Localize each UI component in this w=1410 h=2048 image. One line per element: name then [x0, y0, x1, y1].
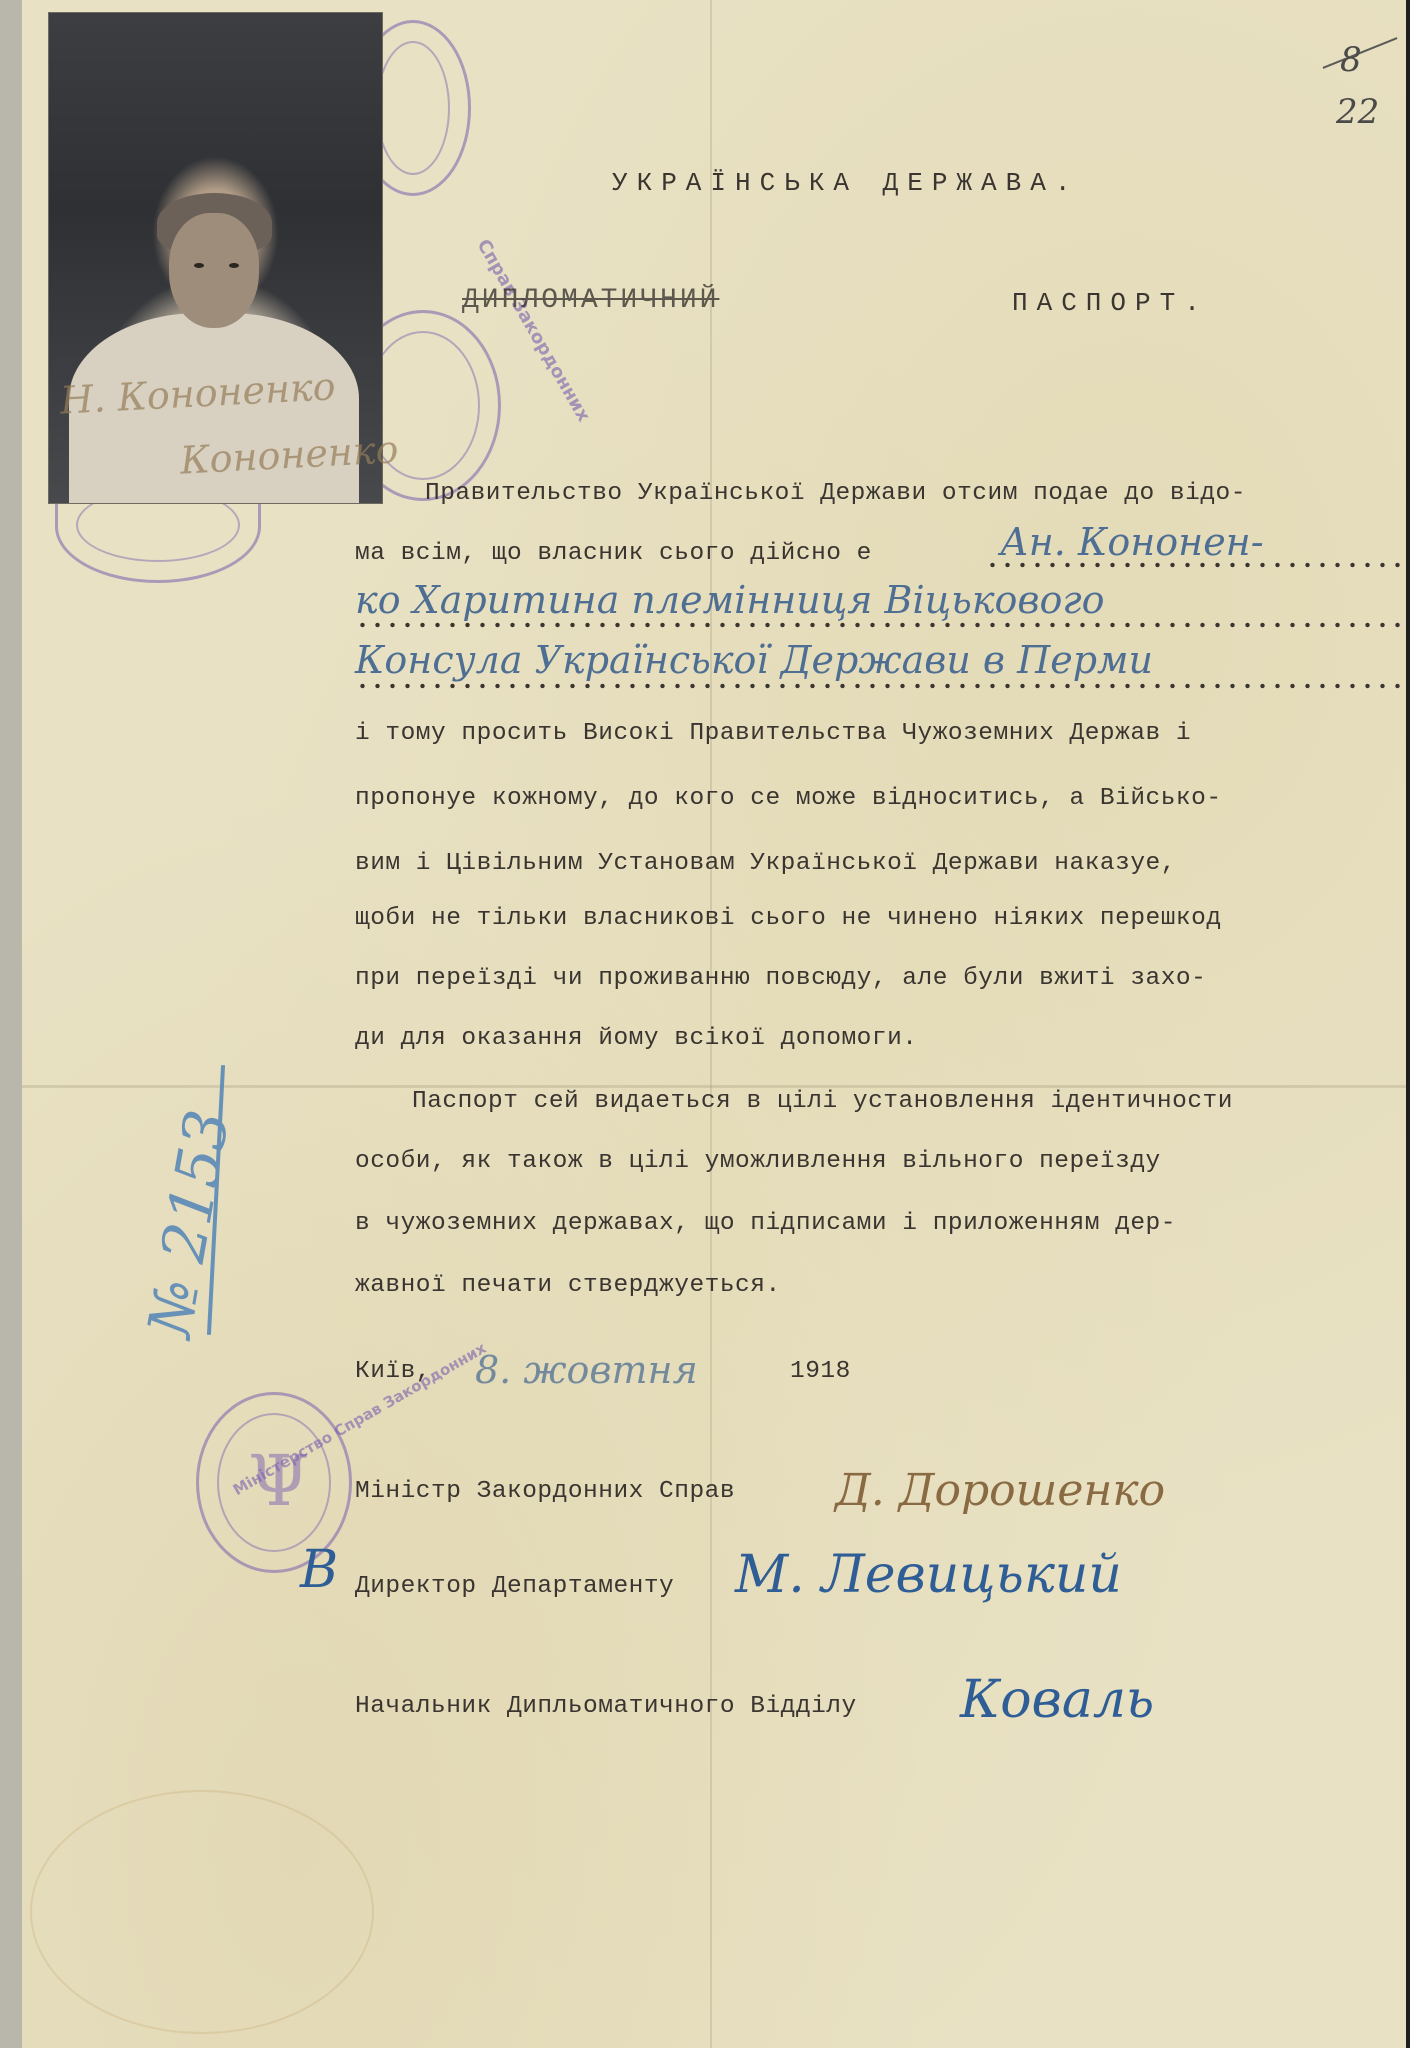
scanner-backing: [0, 0, 24, 2048]
holder-photo: [49, 13, 382, 503]
signature-director: М. Левицький: [735, 1545, 1122, 1605]
paragraph-2-line: в чужоземних державах, що підписами і пр…: [355, 1210, 1176, 1237]
page-number-bottom: 22: [1336, 92, 1379, 132]
body-line-1: Правительство Української Держави отсим …: [425, 480, 1246, 507]
issue-day-month: 8. жовтня: [475, 1348, 698, 1392]
crossed-out-word: ДИПЛОМАТИЧНИЙ: [462, 285, 719, 316]
paragraph-1-line: вим і Цівільним Установам Української Де…: [355, 850, 1176, 877]
holder-name-handwritten: Ан. Кононен-: [1000, 520, 1264, 564]
signatory-title-diplomatic-head: Начальник Дипльоматичного Відділу: [355, 1693, 857, 1720]
issue-year: 1918: [790, 1358, 851, 1385]
fill-in-dots: [355, 622, 1400, 628]
photo-face: [169, 213, 259, 328]
holder-name-handwritten-2: ко Харитина племінниця Віцькового: [355, 578, 1104, 622]
signature-minister: Д. Дорошенко: [835, 1465, 1165, 1516]
fill-in-dots: [355, 683, 1400, 689]
paragraph-1-line: при переїзді чи проживанню повсюду, але …: [355, 965, 1206, 992]
paragraph-1-line: щоби не тільки власникові сього не чинен…: [355, 905, 1222, 932]
passport-title: ПАСПОРТ.: [1012, 288, 1209, 318]
paragraph-2-line: особи, як також в цілі уможливлення віль…: [355, 1148, 1161, 1175]
paragraph-1-line: ди для оказання йому всікої допомоги.: [355, 1025, 918, 1052]
page-number-top: 8: [1340, 40, 1362, 80]
state-title: УКРАЇНСЬКА ДЕРЖАВА.: [612, 168, 1079, 198]
paragraph-1-line: і тому просить Високі Правительства Чужо…: [355, 720, 1191, 747]
photo-eye: [194, 263, 204, 268]
signatory-title-director: Директор Департаменту: [355, 1573, 674, 1600]
signature-initial-mark: В: [300, 1540, 338, 1600]
photo-eye: [229, 263, 239, 268]
issue-place: Київ,: [355, 1358, 431, 1385]
paragraph-2-line: Паспорт сей видаеться в цілі установленн…: [412, 1088, 1233, 1115]
paragraph-2-line: жавної печати стверджуеться.: [355, 1272, 781, 1299]
water-stain: [30, 1790, 374, 2034]
body-line-2: ма всім, що власник сього дійсно е: [355, 540, 872, 567]
paragraph-1-line: пропонуе кожному, до кого се може віднос…: [355, 785, 1222, 812]
signatory-title-minister: Міністр Закордонних Справ: [355, 1478, 735, 1505]
signature-diplomatic-head: Коваль: [960, 1670, 1154, 1730]
holder-relation-handwritten: Консула Української Держави в Перми: [355, 638, 1153, 682]
